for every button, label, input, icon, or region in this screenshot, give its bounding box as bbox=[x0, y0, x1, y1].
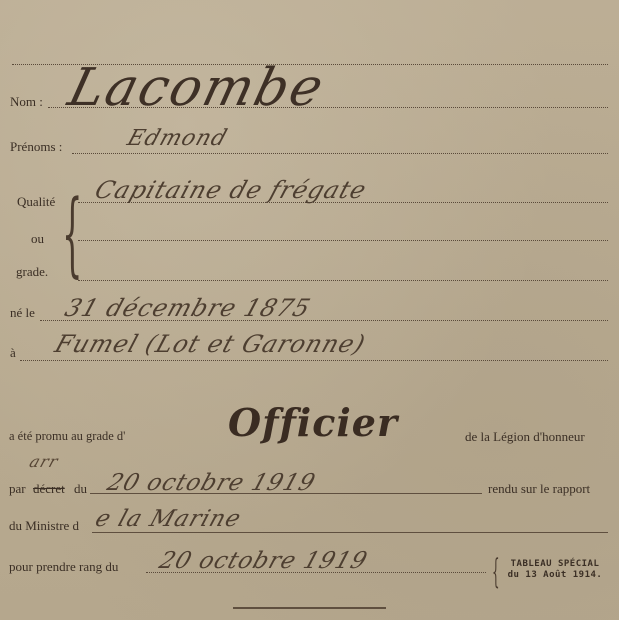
tableau-special-stamp: TABLEAU SPÉCIAL du 13 Août 1914. bbox=[500, 559, 610, 582]
decree-struck-label: décret bbox=[33, 482, 65, 495]
decree-value: 20 octobre 1919 bbox=[104, 472, 318, 495]
qualite-rule-2 bbox=[78, 240, 608, 241]
record-card: Nom : Lacombe Prénoms : Edmond Qualité o… bbox=[0, 0, 619, 620]
decree-par-label: par bbox=[9, 482, 26, 495]
stamp-line-2: du 13 Août 1914. bbox=[500, 570, 610, 581]
ou-label: ou bbox=[31, 232, 44, 245]
ministry-label: du Ministre d bbox=[9, 519, 79, 532]
bottom-divider bbox=[233, 607, 386, 609]
ne-le-label: né le bbox=[10, 306, 35, 319]
qualite-rule-3 bbox=[78, 280, 608, 281]
ministry-rule bbox=[92, 532, 608, 533]
decree-suffix: rendu sur le rapport bbox=[488, 482, 590, 495]
ne-le-value: 31 décembre 1875 bbox=[62, 296, 314, 320]
promotion-prefix: a été promu au grade d' bbox=[9, 430, 125, 443]
prenoms-label: Prénoms : bbox=[10, 140, 62, 153]
nom-value: Lacombe bbox=[64, 62, 330, 114]
stamp-line-1: TABLEAU SPÉCIAL bbox=[500, 559, 610, 570]
prenoms-rule bbox=[72, 153, 608, 154]
rank-value: 20 octobre 1919 bbox=[156, 550, 370, 573]
promotion-grade: Officier bbox=[228, 404, 398, 442]
a-label: à bbox=[10, 346, 16, 359]
decree-correction: arr bbox=[27, 454, 60, 470]
a-value: Fumel (Lot et Garonne) bbox=[52, 332, 369, 356]
a-rule bbox=[20, 360, 608, 361]
rank-label: pour prendre rang du bbox=[9, 560, 118, 573]
grade-label: grade. bbox=[16, 265, 48, 278]
promotion-suffix: de la Légion d'honneur bbox=[465, 430, 585, 443]
ministry-value: e la Marine bbox=[92, 508, 244, 531]
nom-label: Nom : bbox=[10, 95, 43, 108]
prenoms-value: Edmond bbox=[124, 128, 230, 150]
stamp-brace: { bbox=[492, 555, 500, 589]
qualite-value: Capitaine de frégate bbox=[92, 178, 370, 202]
qualite-label: Qualité bbox=[17, 195, 55, 208]
decree-du-label: du bbox=[74, 482, 87, 495]
